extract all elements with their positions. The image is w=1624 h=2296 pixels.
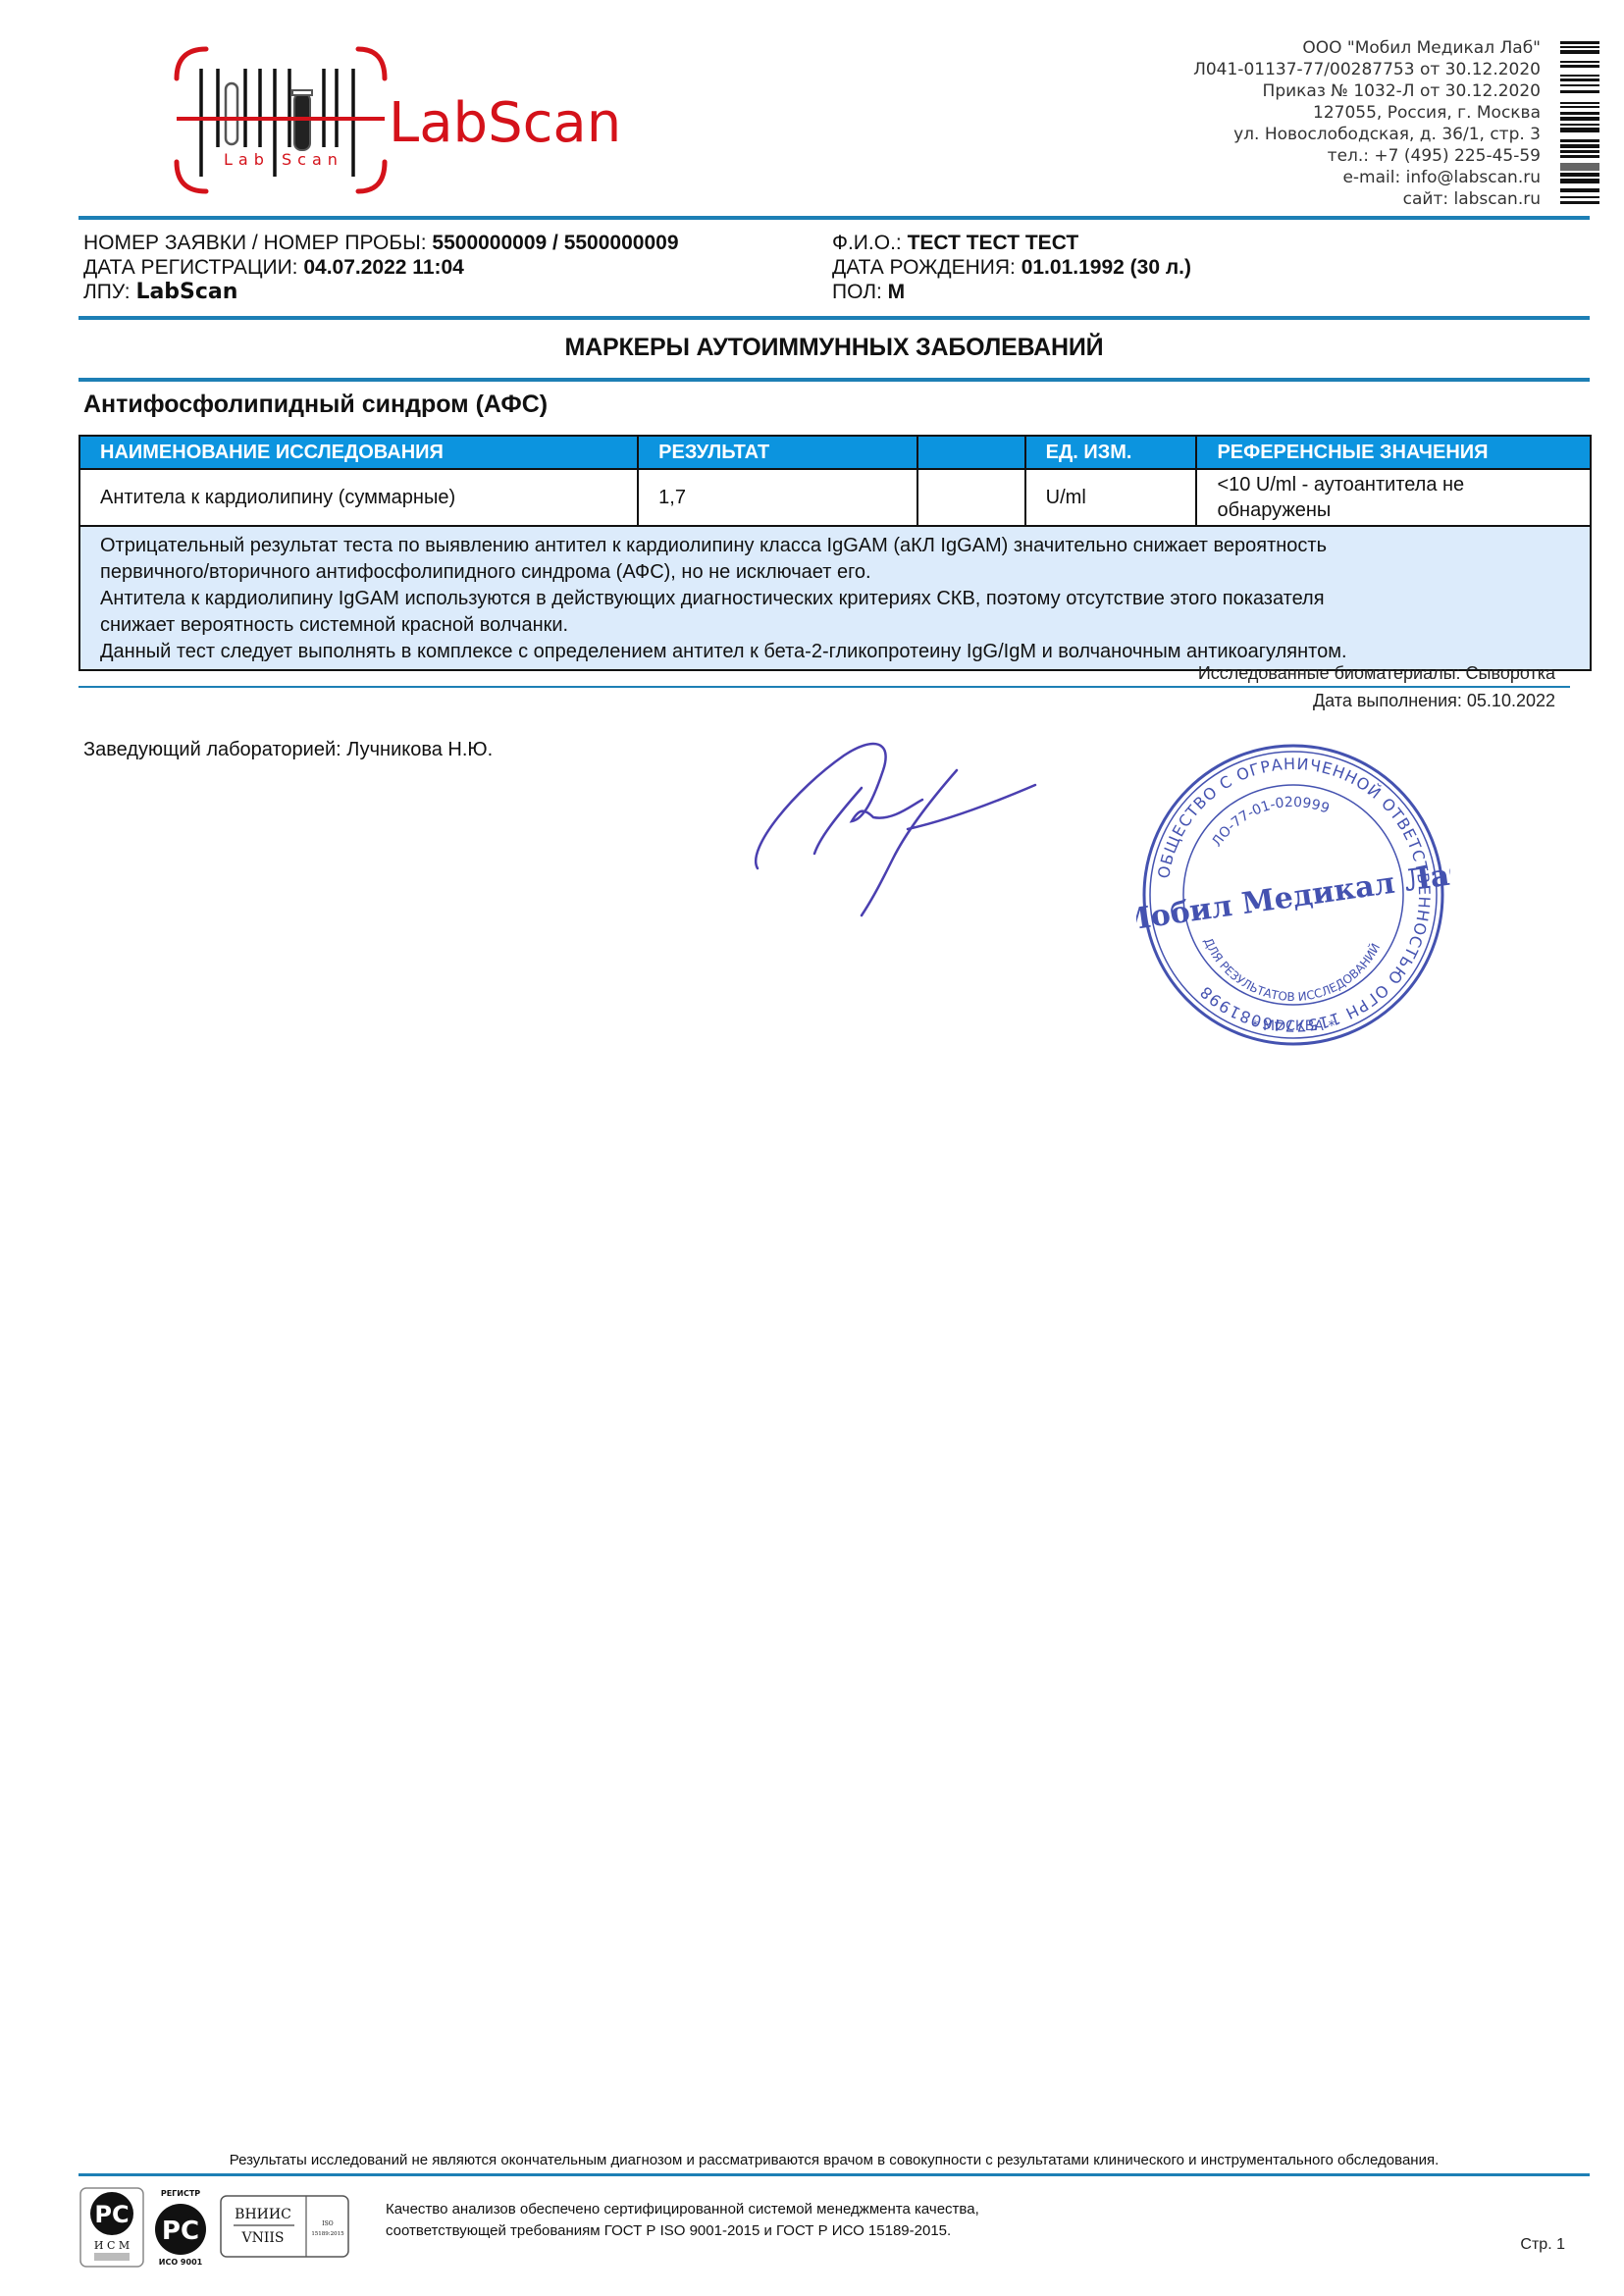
- note-row: Отрицательный результат теста по выявлен…: [79, 526, 1591, 670]
- quality-line: Качество анализов обеспечено сертифициро…: [386, 2199, 979, 2220]
- certification-logos: РС И С М РЕГИСТР РС ИСО 9001 ВНИИС VNIIS…: [79, 2186, 412, 2270]
- svg-text:РЕГИСТР: РЕГИСТР: [161, 2189, 200, 2198]
- test-flag: [917, 469, 1025, 526]
- svg-text:15189:2015: 15189:2015: [311, 2231, 344, 2237]
- org-street: ул. Новослободская, д. 36/1, стр. 3: [1030, 124, 1541, 145]
- quality-statement: Качество анализов обеспечено сертифициро…: [386, 2199, 979, 2242]
- sex-label: ПОЛ:: [832, 281, 882, 303]
- note-line: Отрицательный результат теста по выявлен…: [100, 533, 1570, 559]
- note-line: снижает вероятность системной красной во…: [100, 612, 1570, 639]
- test-reference: <10 U/ml - аутоантитела не обнаружены: [1196, 469, 1591, 526]
- svg-text:Scan: Scan: [282, 150, 343, 169]
- birth-date-label: ДАТА РОЖДЕНИЯ:: [832, 256, 1016, 279]
- birth-date-value: 01.01.1992 (30 л.): [1022, 256, 1191, 279]
- patient-name-value: ТЕСТ ТЕСТ ТЕСТ: [908, 232, 1079, 254]
- svg-text:Lab: Lab: [224, 150, 270, 169]
- signature-image: [736, 731, 1050, 927]
- svg-text:И С М: И С М: [94, 2239, 130, 2252]
- registration-date-value: 04.07.2022 11:04: [303, 256, 464, 279]
- order-info: НОМЕР ЗАЯВКИ / НОМЕР ПРОБЫ: 5500000009 /…: [83, 231, 679, 304]
- group-title: Антифосфолипидный синдром (АФС): [83, 391, 548, 419]
- note-line: Антитела к кардиолипину IgGAM используют…: [100, 586, 1570, 612]
- patient-name-label: Ф.И.О.:: [832, 232, 902, 254]
- sex-value: М: [888, 281, 906, 303]
- table-header-row: НАИМЕНОВАНИЕ ИССЛЕДОВАНИЯ РЕЗУЛЬТАТ ЕД. …: [79, 436, 1591, 469]
- registration-date-row: ДАТА РЕГИСТРАЦИИ: 04.07.2022 11:04: [83, 255, 679, 280]
- labscan-logo-icon: Lab Scan LabScan: [167, 39, 657, 206]
- org-email: e-mail: info@labscan.ru: [1030, 167, 1541, 188]
- patient-name-row: Ф.И.О.: ТЕСТ ТЕСТ ТЕСТ: [832, 231, 1191, 255]
- svg-text:ВНИИС: ВНИИС: [235, 2207, 291, 2222]
- section-title: МАРКЕРЫ АУТОИММУННЫХ ЗАБОЛЕВАНИЙ: [79, 334, 1590, 362]
- section-divider: [79, 378, 1590, 382]
- disclaimer: Результаты исследований не являются окон…: [79, 2152, 1590, 2168]
- test-unit: U/ml: [1025, 469, 1197, 526]
- test-result: 1,7: [638, 469, 917, 526]
- registr-iso-logo-icon: РЕГИСТР РС ИСО 9001: [155, 2189, 206, 2267]
- biomaterial-divider: [79, 686, 1570, 688]
- head-of-lab: Заведующий лабораторией: Лучникова Н.Ю.: [83, 739, 493, 761]
- quality-line: соответствующей требованиям ГОСТ Р ISO 9…: [386, 2220, 979, 2242]
- header-flag: [917, 436, 1025, 469]
- org-order: Приказ № 1032-Л от 30.12.2020: [1030, 80, 1541, 102]
- org-phone: тел.: +7 (495) 225-45-59: [1030, 145, 1541, 167]
- lpu-label: ЛПУ:: [83, 281, 131, 303]
- footer-divider: [79, 2173, 1590, 2176]
- table-row: Антитела к кардиолипину (суммарные) 1,7 …: [79, 469, 1591, 526]
- svg-text:VNIIS: VNIIS: [240, 2230, 284, 2246]
- org-name: ООО "Мобил Медикал Лаб": [1030, 37, 1541, 59]
- svg-text:РС: РС: [94, 2201, 129, 2228]
- page-number: Стр. 1: [1520, 2236, 1565, 2254]
- svg-text:* МОСКВА *: * МОСКВА *: [1252, 1018, 1336, 1034]
- completion-date: Дата выполнения: 05.10.2022: [1313, 691, 1555, 711]
- header-unit: ЕД. ИЗМ.: [1025, 436, 1197, 469]
- sex-row: ПОЛ: М: [832, 280, 1191, 304]
- barcode-icon: [1560, 41, 1599, 210]
- header-result: РЕЗУЛЬТАТ: [638, 436, 917, 469]
- patient-info: Ф.И.О.: ТЕСТ ТЕСТ ТЕСТ ДАТА РОЖДЕНИЯ: 01…: [832, 231, 1191, 304]
- rst-ism-logo-icon: РС И С М: [80, 2188, 143, 2267]
- svg-text:РС: РС: [162, 2217, 199, 2246]
- result-note: Отрицательный результат теста по выявлен…: [79, 526, 1591, 670]
- header-test-name: НАИМЕНОВАНИЕ ИССЛЕДОВАНИЯ: [79, 436, 638, 469]
- registration-date-label: ДАТА РЕГИСТРАЦИИ:: [83, 256, 298, 279]
- patient-divider: [79, 316, 1590, 320]
- svg-text:«Мобил Медикал Лаб»: «Мобил Медикал Лаб»: [1136, 853, 1450, 941]
- organization-info: ООО "Мобил Медикал Лаб" Л041-01137-77/00…: [1030, 37, 1541, 210]
- org-city: 127055, Россия, г. Москва: [1030, 102, 1541, 124]
- labscan-logo: Lab Scan LabScan: [167, 39, 657, 206]
- header-divider: [79, 216, 1590, 220]
- test-name: Антитела к кардиолипину (суммарные): [79, 469, 638, 526]
- header-reference: РЕФЕРЕНСНЫЕ ЗНАЧЕНИЯ: [1196, 436, 1591, 469]
- results-table: НАИМЕНОВАНИЕ ИССЛЕДОВАНИЯ РЕЗУЛЬТАТ ЕД. …: [79, 435, 1592, 671]
- org-license: Л041-01137-77/00287753 от 30.12.2020: [1030, 59, 1541, 80]
- order-number-row: НОМЕР ЗАЯВКИ / НОМЕР ПРОБЫ: 5500000009 /…: [83, 231, 679, 255]
- svg-text:LabScan: LabScan: [389, 91, 621, 155]
- lpu-row: ЛПУ: LabScan: [83, 280, 679, 304]
- order-number-value: 5500000009 / 5500000009: [432, 232, 678, 254]
- organization-stamp: ОБЩЕСТВО С ОГРАНИЧЕННОЙ ОТВЕТСТВЕННОСТЬЮ…: [1136, 738, 1450, 1052]
- svg-text:ИСО 9001: ИСО 9001: [159, 2258, 203, 2267]
- birth-date-row: ДАТА РОЖДЕНИЯ: 01.01.1992 (30 л.): [832, 255, 1191, 280]
- svg-text:ЛО-77-01-020999: ЛО-77-01-020999: [1209, 795, 1332, 850]
- note-line: первичного/вторичного антифосфолипидного…: [100, 559, 1570, 586]
- svg-text:ISO: ISO: [322, 2220, 333, 2227]
- svg-text:ДЛЯ РЕЗУЛЬТАТОВ ИССЛЕДОВАНИЙ: ДЛЯ РЕЗУЛЬТАТОВ ИССЛЕДОВАНИЙ: [1201, 936, 1383, 1005]
- vniis-logo-icon: ВНИИС VNIIS ISO 15189:2015: [221, 2196, 348, 2257]
- lpu-value: LabScan: [135, 280, 237, 304]
- org-site: сайт: labscan.ru: [1030, 188, 1541, 210]
- order-number-label: НОМЕР ЗАЯВКИ / НОМЕР ПРОБЫ:: [83, 232, 427, 254]
- biomaterial: Исследованные биоматериалы: Сыворотка: [1198, 663, 1555, 684]
- note-line: Данный тест следует выполнять в комплекс…: [100, 639, 1570, 665]
